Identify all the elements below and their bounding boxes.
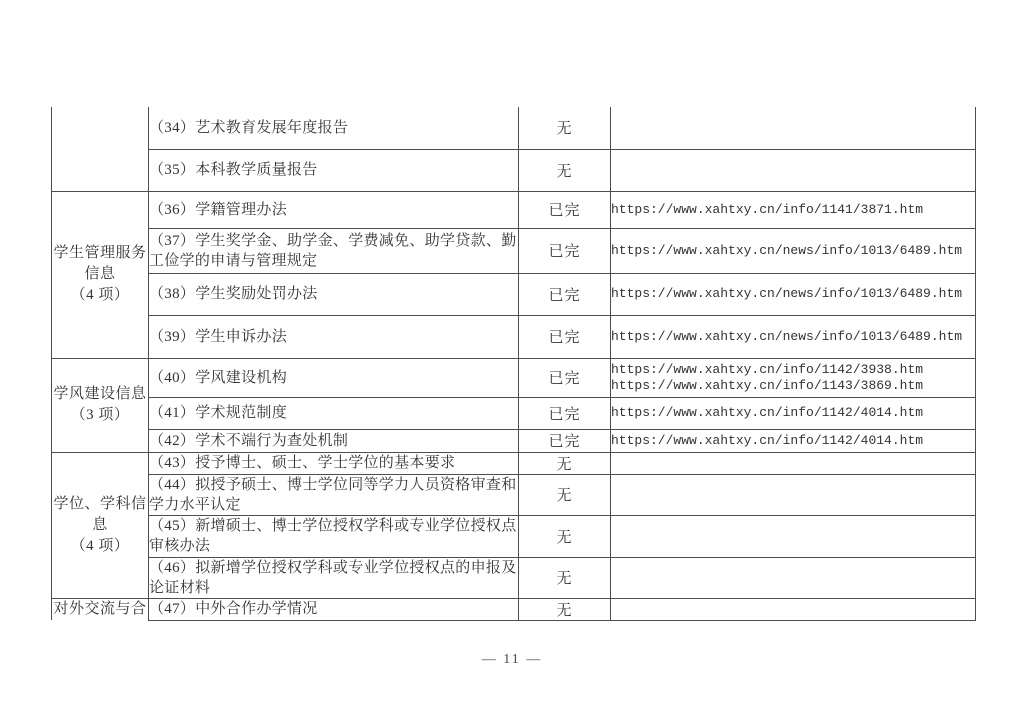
category-line: 学位、学科信 (52, 494, 148, 515)
status-cell: 已完 (519, 358, 611, 397)
item-cell: （43）授予博士、硕士、学士学位的基本要求 (149, 452, 519, 474)
item-cell: （39）学生申诉办法 (149, 315, 519, 358)
table-row: 学位、学科信 息 （4 项） （43）授予博士、硕士、学士学位的基本要求 无 (52, 452, 976, 474)
status-cell: 无 (519, 452, 611, 474)
table-row: （37）学生奖学金、助学金、学费减免、助学贷款、勤工俭学的申请与管理规定 已完 … (52, 228, 976, 273)
url-cell: https://www.xahtxy.cn/news/info/1013/648… (611, 228, 976, 273)
status-cell: 已完 (519, 397, 611, 429)
status-cell: 已完 (519, 273, 611, 315)
url-cell: https://www.xahtxy.cn/info/1142/4014.htm (611, 397, 976, 429)
category-cell: 对外交流与合 (52, 598, 149, 620)
category-line: 对外交流与合 (52, 599, 148, 620)
item-cell: （38）学生奖励处罚办法 (149, 273, 519, 315)
status-cell: 无 (519, 515, 611, 557)
status-cell: 无 (519, 557, 611, 598)
url-cell (611, 149, 976, 191)
status-cell: 已完 (519, 228, 611, 273)
status-cell: 已完 (519, 191, 611, 228)
table-row: （46）拟新增学位授权学科或专业学位授权点的申报及论证材料 无 (52, 557, 976, 598)
url-cell: https://www.xahtxy.cn/news/info/1013/648… (611, 273, 976, 315)
category-cell: 学位、学科信 息 （4 项） (52, 452, 149, 598)
table-row: （34）艺术教育发展年度报告 无 (52, 107, 976, 149)
table-row: （38）学生奖励处罚办法 已完 https://www.xahtxy.cn/ne… (52, 273, 976, 315)
table-row: （42）学术不端行为查处机制 已完 https://www.xahtxy.cn/… (52, 429, 976, 452)
url-cell (611, 515, 976, 557)
item-cell: （47）中外合作办学情况 (149, 598, 519, 620)
status-cell: 无 (519, 598, 611, 620)
url-cell: https://www.xahtxy.cn/news/info/1013/648… (611, 315, 976, 358)
status-cell: 无 (519, 149, 611, 191)
table-row: （41）学术规范制度 已完 https://www.xahtxy.cn/info… (52, 397, 976, 429)
table-row: 对外交流与合 （47）中外合作办学情况 无 (52, 598, 976, 620)
status-cell: 已完 (519, 429, 611, 452)
item-cell: （36）学籍管理办法 (149, 191, 519, 228)
item-cell: （37）学生奖学金、助学金、学费减免、助学贷款、勤工俭学的申请与管理规定 (149, 228, 519, 273)
url-cell (611, 452, 976, 474)
table-row: 学风建设信息 （3 项） （40）学风建设机构 已完 https://www.x… (52, 358, 976, 397)
category-line: （4 项） (52, 285, 148, 306)
category-cell-empty (52, 107, 149, 191)
url-cell (611, 598, 976, 620)
table-row: 学生管理服务 信息 （4 项） （36）学籍管理办法 已完 https://ww… (52, 191, 976, 228)
table-row: （44）拟授予硕士、博士学位同等学力人员资格审查和学力水平认定 无 (52, 474, 976, 515)
item-cell: （45）新增硕士、博士学位授权学科或专业学位授权点审核办法 (149, 515, 519, 557)
item-cell: （46）拟新增学位授权学科或专业学位授权点的申报及论证材料 (149, 557, 519, 598)
url-cell: https://www.xahtxy.cn/info/1142/3938.htm… (611, 358, 976, 397)
item-cell: （41）学术规范制度 (149, 397, 519, 429)
item-cell: （34）艺术教育发展年度报告 (149, 107, 519, 149)
category-line: 学风建设信息 (52, 384, 148, 405)
item-cell: （35）本科教学质量报告 (149, 149, 519, 191)
url-cell: https://www.xahtxy.cn/info/1142/4014.htm (611, 429, 976, 452)
category-line: 信息 (52, 264, 148, 285)
url-cell (611, 557, 976, 598)
table-row: （45）新增硕士、博士学位授权学科或专业学位授权点审核办法 无 (52, 515, 976, 557)
table-row: （35）本科教学质量报告 无 (52, 149, 976, 191)
url-cell: https://www.xahtxy.cn/info/1141/3871.htm (611, 191, 976, 228)
category-line: （4 项） (52, 536, 148, 557)
url-cell (611, 107, 976, 149)
status-cell: 无 (519, 474, 611, 515)
item-cell: （44）拟授予硕士、博士学位同等学力人员资格审查和学力水平认定 (149, 474, 519, 515)
url-line: https://www.xahtxy.cn/info/1143/3869.htm (611, 378, 975, 394)
status-cell: 无 (519, 107, 611, 149)
category-line: 息 (52, 515, 148, 536)
status-cell: 已完 (519, 315, 611, 358)
item-cell: （42）学术不端行为查处机制 (149, 429, 519, 452)
category-line: 学生管理服务 (52, 243, 148, 264)
url-line: https://www.xahtxy.cn/info/1142/3938.htm (611, 362, 975, 378)
document-page: （34）艺术教育发展年度报告 无 （35）本科教学质量报告 无 学生管理服务 信… (0, 0, 1024, 724)
table-row: （39）学生申诉办法 已完 https://www.xahtxy.cn/news… (52, 315, 976, 358)
information-disclosure-table: （34）艺术教育发展年度报告 无 （35）本科教学质量报告 无 学生管理服务 信… (51, 107, 976, 621)
category-line: （3 项） (52, 405, 148, 426)
category-cell: 学生管理服务 信息 （4 项） (52, 191, 149, 358)
url-cell (611, 474, 976, 515)
category-cell: 学风建设信息 （3 项） (52, 358, 149, 452)
page-number: — 11 — (0, 652, 1024, 668)
item-cell: （40）学风建设机构 (149, 358, 519, 397)
